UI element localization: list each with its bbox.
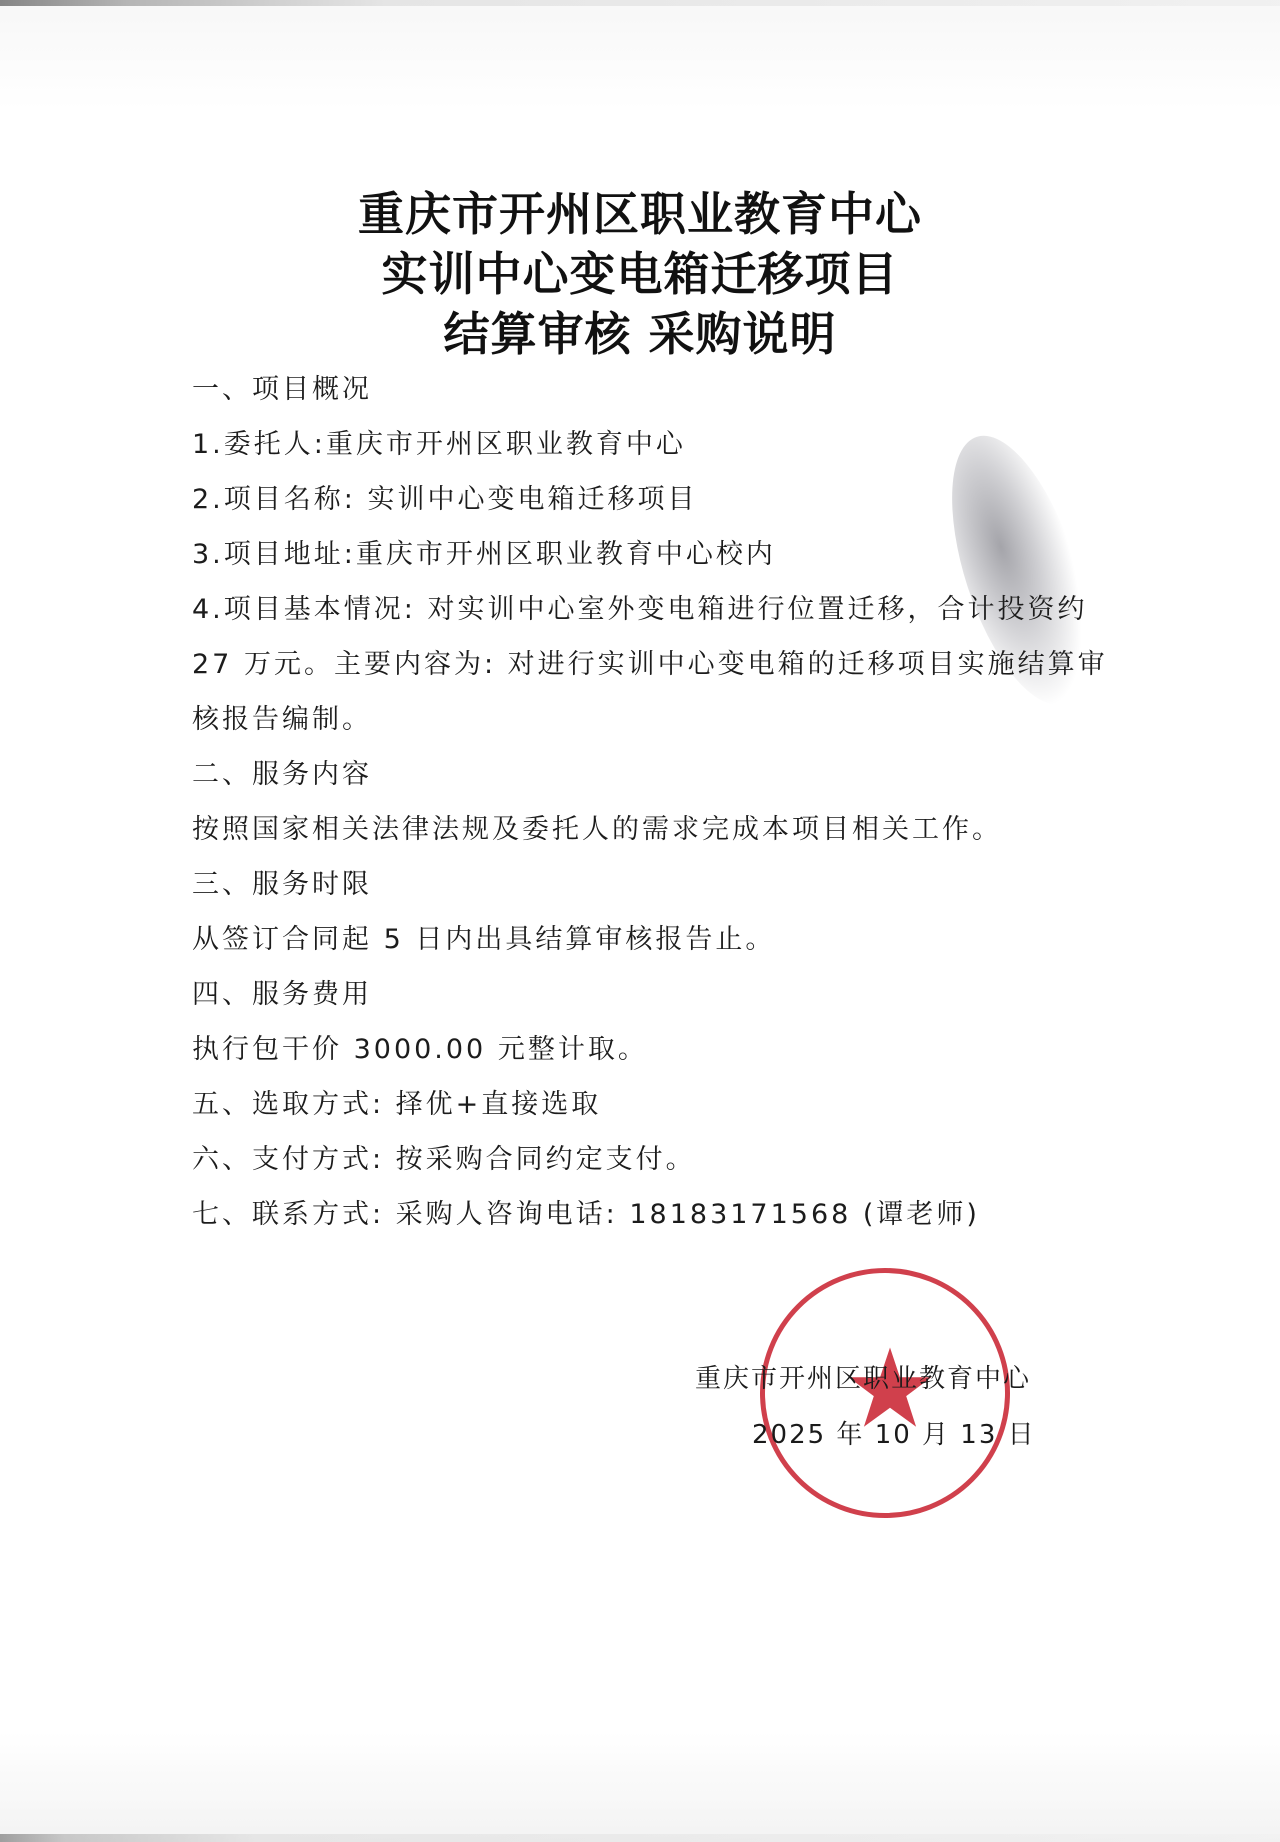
contact-info: 七、联系方式: 采购人咨询电话: 18183171568 (谭老师) [192, 1192, 980, 1231]
paper-bottom-edge [0, 1834, 1280, 1842]
selection-method: 五、选取方式: 择优+直接选取 [192, 1082, 601, 1121]
signature-date: 2025 年 10 月 13 日 [752, 1414, 1036, 1451]
overview-basic-info-3: 核报告编制。 [192, 697, 372, 736]
overview-client: 1.委托人:重庆市开州区职业教育中心 [192, 422, 686, 461]
paper-top-edge [0, 0, 1280, 6]
payment-method: 六、支付方式: 按采购合同约定支付。 [192, 1137, 696, 1176]
section-heading-service-fee: 四、服务费用 [192, 972, 372, 1011]
overview-project-address: 3.项目地址:重庆市开州区职业教育中心校内 [192, 532, 776, 571]
document-title-line-1: 重庆市开州区职业教育中心 [0, 178, 1280, 244]
service-period-text: 从签订合同起 5 日内出具结算审核报告止。 [192, 917, 775, 956]
service-fee-text: 执行包干价 3000.00 元整计取。 [192, 1027, 648, 1066]
document-title-line-3: 结算审核 采购说明 [0, 298, 1280, 364]
section-heading-service-period: 三、服务时限 [192, 862, 372, 901]
service-content-text: 按照国家相关法律法规及委托人的需求完成本项目相关工作。 [192, 807, 1002, 846]
section-heading-service-content: 二、服务内容 [192, 752, 372, 791]
signature-organization: 重庆市开州区职业教育中心 [695, 1358, 1031, 1395]
overview-basic-info-1: 4.项目基本情况: 对实训中心室外变电箱进行位置迁移，合计投资约 [192, 587, 1087, 626]
document-page: 重庆市开州区职业教育中心 实训中心变电箱迁移项目 结算审核 采购说明 一、项目概… [0, 0, 1280, 1842]
overview-basic-info-2: 27 万元。主要内容为: 对进行实训中心变电箱的迁移项目实施结算审 [192, 642, 1108, 681]
document-title-line-2: 实训中心变电箱迁移项目 [0, 238, 1280, 304]
overview-project-name: 2.项目名称: 实训中心变电箱迁移项目 [192, 477, 697, 516]
section-heading-overview: 一、项目概况 [192, 367, 372, 406]
